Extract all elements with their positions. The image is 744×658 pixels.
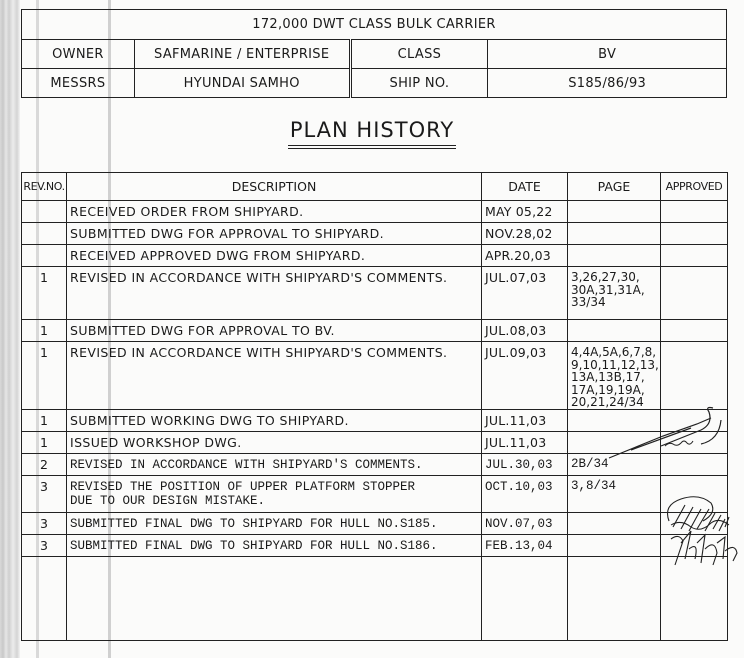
owner-value: SAFMARINE / ENTERPRISE bbox=[134, 40, 350, 69]
rev-cell: 3 bbox=[22, 475, 67, 512]
scan-edge-shadow bbox=[0, 0, 20, 658]
col-header-description: DESCRIPTION bbox=[67, 173, 482, 201]
table-row: 1 SUBMITTED WORKING DWG TO SHIPYARD. JUL… bbox=[22, 409, 728, 431]
col-header-approved: APPROVED bbox=[661, 173, 728, 201]
approved-cell bbox=[661, 534, 728, 556]
description-cell: SUBMITTED DWG FOR APPROVAL TO SHIPYARD. bbox=[67, 223, 482, 245]
page-cell: 3,26,27,30, 30A,31,31A, 33/34 bbox=[568, 267, 661, 320]
approved-cell bbox=[661, 342, 728, 410]
table-row: 1 REVISED IN ACCORDANCE WITH SHIPYARD'S … bbox=[22, 267, 728, 320]
date-cell: JUL.30,03 bbox=[482, 453, 568, 475]
table-row: 3 SUBMITTED FINAL DWG TO SHIPYARD FOR HU… bbox=[22, 512, 728, 534]
page-cell bbox=[568, 512, 661, 534]
approved-cell bbox=[661, 267, 728, 320]
page-cell bbox=[568, 409, 661, 431]
date-cell: JUL.07,03 bbox=[482, 267, 568, 320]
description-cell: RECEIVED ORDER FROM SHIPYARD. bbox=[67, 201, 482, 223]
table-row: 3 REVISED THE POSITION OF UPPER PLATFORM… bbox=[22, 475, 728, 512]
approved-cell bbox=[661, 245, 728, 267]
class-label: CLASS bbox=[350, 40, 488, 69]
description-cell bbox=[67, 556, 482, 640]
date-cell: NOV.07,03 bbox=[482, 512, 568, 534]
date-cell: JUL.11,03 bbox=[482, 409, 568, 431]
date-cell: NOV.28,02 bbox=[482, 223, 568, 245]
page-cell bbox=[568, 245, 661, 267]
class-value: BV bbox=[488, 40, 727, 69]
table-row: RECEIVED APPROVED DWG FROM SHIPYARD. APR… bbox=[22, 245, 728, 267]
page-cell bbox=[568, 431, 661, 453]
page-cell: 3,8/34 bbox=[568, 475, 661, 512]
table-row: 2 REVISED IN ACCORDANCE WITH SHIPYARD'S … bbox=[22, 453, 728, 475]
page-cell bbox=[568, 201, 661, 223]
messrs-value: HYUNDAI SAMHO bbox=[134, 69, 350, 98]
approved-cell bbox=[661, 431, 728, 453]
vessel-info-table: 172,000 DWT CLASS BULK CARRIER OWNER SAF… bbox=[21, 9, 727, 98]
description-cell: REVISED IN ACCORDANCE WITH SHIPYARD'S CO… bbox=[67, 342, 482, 410]
page-cell bbox=[568, 320, 661, 342]
table-row bbox=[22, 556, 728, 640]
description-cell: SUBMITTED FINAL DWG TO SHIPYARD FOR HULL… bbox=[67, 512, 482, 534]
page-cell bbox=[568, 223, 661, 245]
rev-cell: 3 bbox=[22, 534, 67, 556]
table-row: 3 SUBMITTED FINAL DWG TO SHIPYARD FOR HU… bbox=[22, 534, 728, 556]
page-cell bbox=[568, 556, 661, 640]
description-cell: ISSUED WORKSHOP DWG. bbox=[67, 431, 482, 453]
page-cell: 2B/34 bbox=[568, 453, 661, 475]
date-cell: FEB.13,04 bbox=[482, 534, 568, 556]
approved-cell bbox=[661, 475, 728, 512]
rev-cell: 3 bbox=[22, 512, 67, 534]
page-cell bbox=[568, 534, 661, 556]
date-cell: APR.20,03 bbox=[482, 245, 568, 267]
date-cell: JUL.11,03 bbox=[482, 431, 568, 453]
table-row: 1 SUBMITTED DWG FOR APPROVAL TO BV. JUL.… bbox=[22, 320, 728, 342]
messrs-label: MESSRS bbox=[22, 69, 135, 98]
description-cell: SUBMITTED FINAL DWG TO SHIPYARD FOR HULL… bbox=[67, 534, 482, 556]
approved-cell bbox=[661, 320, 728, 342]
ship-no-value: S185/86/93 bbox=[488, 69, 727, 98]
rev-cell: 1 bbox=[22, 267, 67, 320]
date-cell: JUL.08,03 bbox=[482, 320, 568, 342]
table-row: SUBMITTED DWG FOR APPROVAL TO SHIPYARD. … bbox=[22, 223, 728, 245]
description-cell: RECEIVED APPROVED DWG FROM SHIPYARD. bbox=[67, 245, 482, 267]
rev-cell bbox=[22, 245, 67, 267]
approved-cell bbox=[661, 409, 728, 431]
approved-cell bbox=[661, 223, 728, 245]
description-cell: SUBMITTED DWG FOR APPROVAL TO BV. bbox=[67, 320, 482, 342]
rev-cell bbox=[22, 223, 67, 245]
approved-cell bbox=[661, 201, 728, 223]
date-cell: MAY 05,22 bbox=[482, 201, 568, 223]
description-cell: SUBMITTED WORKING DWG TO SHIPYARD. bbox=[67, 409, 482, 431]
rev-cell bbox=[22, 556, 67, 640]
ship-no-label: SHIP NO. bbox=[350, 69, 488, 98]
page-title: PLAN HISTORY bbox=[0, 118, 744, 149]
rev-cell bbox=[22, 201, 67, 223]
table-row: 1 REVISED IN ACCORDANCE WITH SHIPYARD'S … bbox=[22, 342, 728, 410]
plan-history-title: PLAN HISTORY bbox=[288, 118, 456, 149]
col-header-date: DATE bbox=[482, 173, 568, 201]
description-cell: REVISED THE POSITION OF UPPER PLATFORM S… bbox=[67, 475, 482, 512]
rev-cell: 2 bbox=[22, 453, 67, 475]
col-header-rev-no: REV.NO. bbox=[22, 173, 67, 201]
rev-cell: 1 bbox=[22, 342, 67, 410]
table-header-row: REV.NO. DESCRIPTION DATE PAGE APPROVED bbox=[22, 173, 728, 201]
approved-cell bbox=[661, 453, 728, 475]
approved-cell bbox=[661, 512, 728, 534]
date-cell: JUL.09,03 bbox=[482, 342, 568, 410]
date-cell: OCT.10,03 bbox=[482, 475, 568, 512]
description-cell: REVISED IN ACCORDANCE WITH SHIPYARD'S CO… bbox=[67, 453, 482, 475]
page-cell: 4,4A,5A,6,7,8, 9,10,11,12,13, 13A,13B,17… bbox=[568, 342, 661, 410]
rev-cell: 1 bbox=[22, 431, 67, 453]
rev-cell: 1 bbox=[22, 320, 67, 342]
date-cell bbox=[482, 556, 568, 640]
owner-label: OWNER bbox=[22, 40, 135, 69]
approved-cell bbox=[661, 556, 728, 640]
rev-cell: 1 bbox=[22, 409, 67, 431]
plan-history-table: REV.NO. DESCRIPTION DATE PAGE APPROVED R… bbox=[21, 172, 728, 641]
table-row: 1 ISSUED WORKSHOP DWG. JUL.11,03 bbox=[22, 431, 728, 453]
table-row: RECEIVED ORDER FROM SHIPYARD. MAY 05,22 bbox=[22, 201, 728, 223]
description-cell: REVISED IN ACCORDANCE WITH SHIPYARD'S CO… bbox=[67, 267, 482, 320]
col-header-page: PAGE bbox=[568, 173, 661, 201]
vessel-title: 172,000 DWT CLASS BULK CARRIER bbox=[22, 10, 727, 40]
